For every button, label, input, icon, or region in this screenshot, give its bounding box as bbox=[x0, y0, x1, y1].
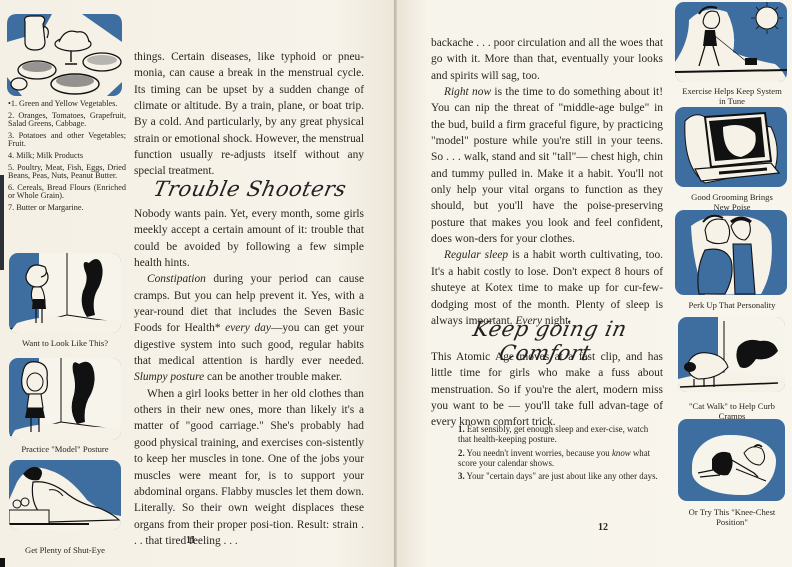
body-paragraph: Constipation during your period can caus… bbox=[134, 271, 364, 385]
dancing-couple-illustration bbox=[675, 210, 787, 295]
mirror-grooming-icon bbox=[675, 107, 787, 187]
body-paragraph: When a girl looks better in her old clot… bbox=[134, 386, 364, 549]
tip-italic: know bbox=[612, 448, 631, 458]
tip-number: 1. bbox=[458, 424, 465, 434]
book-gutter bbox=[394, 0, 397, 567]
tip-text: You needn't invent worries, because you bbox=[465, 448, 612, 458]
italic-lead: Right now bbox=[444, 86, 491, 98]
illustration-caption: Practice "Model" Posture bbox=[3, 444, 127, 454]
section-heading-trouble-shooters: Trouble Shooters bbox=[147, 177, 352, 201]
page-number-left: 11 bbox=[186, 535, 195, 546]
right-page-body-text: backache . . . poor circulation and all … bbox=[431, 35, 663, 329]
model-posture-illustration bbox=[9, 358, 121, 440]
illustration-caption: Want to Look Like This? bbox=[5, 338, 125, 348]
sleeping-girl-illustration bbox=[9, 460, 121, 530]
seven-basic-foods-list: •1. Green and Yellow Vegetables. 2. Oran… bbox=[8, 100, 126, 216]
knee-chest-position-illustration bbox=[678, 419, 785, 501]
girl-walking-dog-icon bbox=[675, 2, 787, 82]
slouching-girl-icon bbox=[9, 253, 121, 333]
slumpy-posture-illustration bbox=[9, 253, 121, 333]
illustration-caption: Get Plenty of Shut-Eye bbox=[5, 545, 125, 555]
comfort-tips-list: 1. Eat sensibly, get enough sleep and ex… bbox=[458, 424, 658, 484]
paragraph-text: is the time to do something about it! Yo… bbox=[431, 86, 663, 245]
page-number-right: 12 bbox=[598, 522, 608, 533]
cat-walk-exercise-icon bbox=[678, 317, 785, 392]
body-paragraph: Right now is the time to do something ab… bbox=[431, 84, 663, 247]
tip-item: 3. Your "certain days" are just about li… bbox=[458, 471, 658, 481]
illustration-caption: Good Grooming Brings New Poise bbox=[682, 192, 782, 212]
food-list-item: •1. Green and Yellow Vegetables. bbox=[8, 100, 126, 109]
tip-number: 3. bbox=[458, 471, 465, 481]
tip-item: 1. Eat sensibly, get enough sleep and ex… bbox=[458, 424, 658, 445]
italic-phrase: every day bbox=[225, 322, 271, 334]
intro-paragraph: things. Certain diseases, like typhoid o… bbox=[134, 49, 364, 180]
body-paragraph: Nobody wants pain. Yet, every month, som… bbox=[134, 206, 364, 271]
tip-text: Eat sensibly, get enough sleep and exer-… bbox=[458, 424, 648, 444]
tip-text: Your "certain days" are just about like … bbox=[465, 471, 658, 481]
girl-walking-dog-illustration bbox=[675, 2, 787, 82]
food-list-item: 6. Cereals, Bread Flours (Enriched or Wh… bbox=[8, 184, 126, 201]
food-list-item: 3. Potatoes and other Vegetables; Fruit. bbox=[8, 132, 126, 149]
left-page-intro-text: things. Certain diseases, like typhoid o… bbox=[134, 49, 364, 180]
paragraph-text: can be another trouble maker. bbox=[204, 371, 342, 383]
couple-icon bbox=[675, 210, 787, 295]
food-list-item: 7. Butter or Margarine. bbox=[8, 204, 126, 213]
illustration-caption: Or Try This "Knee-Chest Position" bbox=[682, 507, 782, 527]
italic-lead: Constipation bbox=[147, 273, 206, 285]
seven-basic-foods-illustration bbox=[7, 12, 122, 96]
italic-phrase: Slumpy posture bbox=[134, 371, 204, 383]
food-list-item: 2. Oranges, Tomatoes, Grapefruit, Salad … bbox=[8, 112, 126, 129]
scan-edge-shadow bbox=[0, 175, 4, 270]
tip-number: 2. bbox=[458, 448, 465, 458]
illustration-caption: Perk Up That Personality bbox=[677, 300, 787, 310]
girl-in-mirror-illustration bbox=[675, 107, 787, 187]
sleeping-girl-icon bbox=[9, 460, 121, 530]
food-bowls-icon bbox=[7, 12, 122, 96]
illustration-caption: Exercise Helps Keep System in Tune bbox=[682, 86, 782, 106]
food-list-item: 5. Poultry, Meat, Fish, Eggs, Dried Bean… bbox=[8, 164, 126, 181]
comfort-paragraph: This Atomic Age moves at a fast clip, an… bbox=[431, 349, 663, 431]
standing-girl-icon bbox=[9, 358, 121, 440]
cat-walk-illustration bbox=[678, 317, 785, 392]
knee-chest-position-icon bbox=[678, 419, 785, 501]
scan-edge-corner bbox=[0, 558, 5, 567]
italic-lead: Regular sleep bbox=[444, 249, 508, 261]
body-paragraph: backache . . . poor circulation and all … bbox=[431, 35, 663, 84]
comfort-paragraph-block: This Atomic Age moves at a fast clip, an… bbox=[431, 349, 663, 431]
tip-item: 2. You needn't invent worries, because y… bbox=[458, 448, 658, 469]
left-page-body-text: Nobody wants pain. Yet, every month, som… bbox=[134, 206, 364, 549]
illustration-caption: "Cat Walk" to Help Curb Cramps bbox=[682, 401, 782, 421]
food-list-item: 4. Milk; Milk Products bbox=[8, 152, 126, 161]
